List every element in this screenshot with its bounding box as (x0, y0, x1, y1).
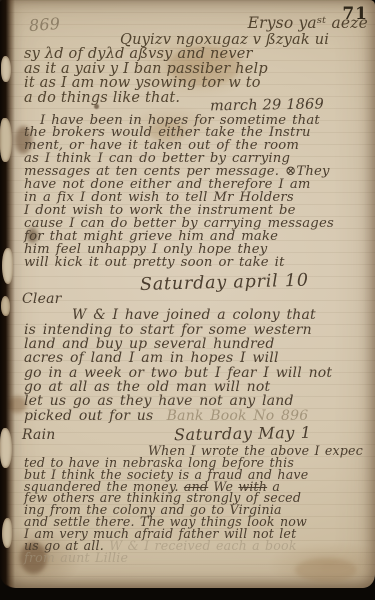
weather-note-rain: Rain (22, 428, 56, 443)
handwriting-line: go in a week or two but I fear I will no… (24, 366, 370, 380)
entry-date-march: march 29 1869 (210, 95, 370, 114)
cipher-line: sy λd of dyλd aßvsy and never (24, 47, 370, 62)
bank-book-pencil-note: Bank Book No 896 (167, 408, 309, 424)
handwriting-column: Eryso yaˢᵗ aeze Quyizv ngoxugaz v ßzyak … (24, 0, 370, 564)
handwriting-line: land and buy up several hundred (24, 337, 370, 351)
cipher-line: Eryso yaˢᵗ aeze (24, 16, 370, 31)
entry-header-may: Rain Saturday May 1 (24, 425, 370, 443)
handwriting-line: let us go as they have not any land (24, 394, 370, 408)
cipher-block: Eryso yaˢᵗ aeze Quyizv ngoxugaz v ßzyak … (24, 0, 370, 106)
handwriting-line: acres of land I am in hopes I will (24, 351, 370, 365)
torn-paper-patch (2, 518, 12, 548)
entry-paragraph-may: When I wrote the above I expec ted to ha… (24, 445, 370, 564)
entry-paragraph-march: I have been in hopes for sometime that t… (24, 115, 370, 270)
cipher-line: as it a yaiv y I ban passiber help (24, 62, 370, 77)
diary-page-scan: 71 869 Eryso yaˢᵗ aeze Quyizv ngoxugaz v… (0, 0, 375, 600)
handwriting-line: go at all as the old man will not (24, 380, 370, 394)
pencil-note-received-book: W & I received each a book (109, 538, 296, 553)
handwriting-line: W & I have joined a colony that (24, 308, 370, 322)
torn-paper-patch (1, 56, 11, 82)
handwriting-line: picked out for us Bank Book No 896 (24, 409, 370, 423)
handwriting-line: is intending to start for some western (24, 323, 370, 337)
cipher-line: Quyizv ngoxugaz v ßzyak ui (120, 33, 370, 48)
entry-date-may: Saturday May 1 (173, 424, 311, 443)
torn-paper-patch (0, 428, 12, 468)
pencil-note-aunt-lillie: from aunt Lillie (24, 552, 370, 564)
torn-paper-patch (2, 248, 13, 284)
weather-note-clear: Clear (22, 292, 370, 307)
entry-paragraph-april: W & I have joined a colony that is inten… (24, 308, 370, 422)
handwriting-ink: picked out for us (24, 408, 153, 424)
handwriting-line: will kick it out pretty soon or take it (24, 257, 370, 270)
torn-paper-patch (1, 296, 10, 316)
cipher-line: it as I am now ysowing tor w to (24, 76, 370, 91)
torn-paper-patch (0, 118, 12, 162)
binding-spine (0, 0, 15, 588)
journal-page: 71 869 Eryso yaˢᵗ aeze Quyizv ngoxugaz v… (0, 0, 375, 588)
